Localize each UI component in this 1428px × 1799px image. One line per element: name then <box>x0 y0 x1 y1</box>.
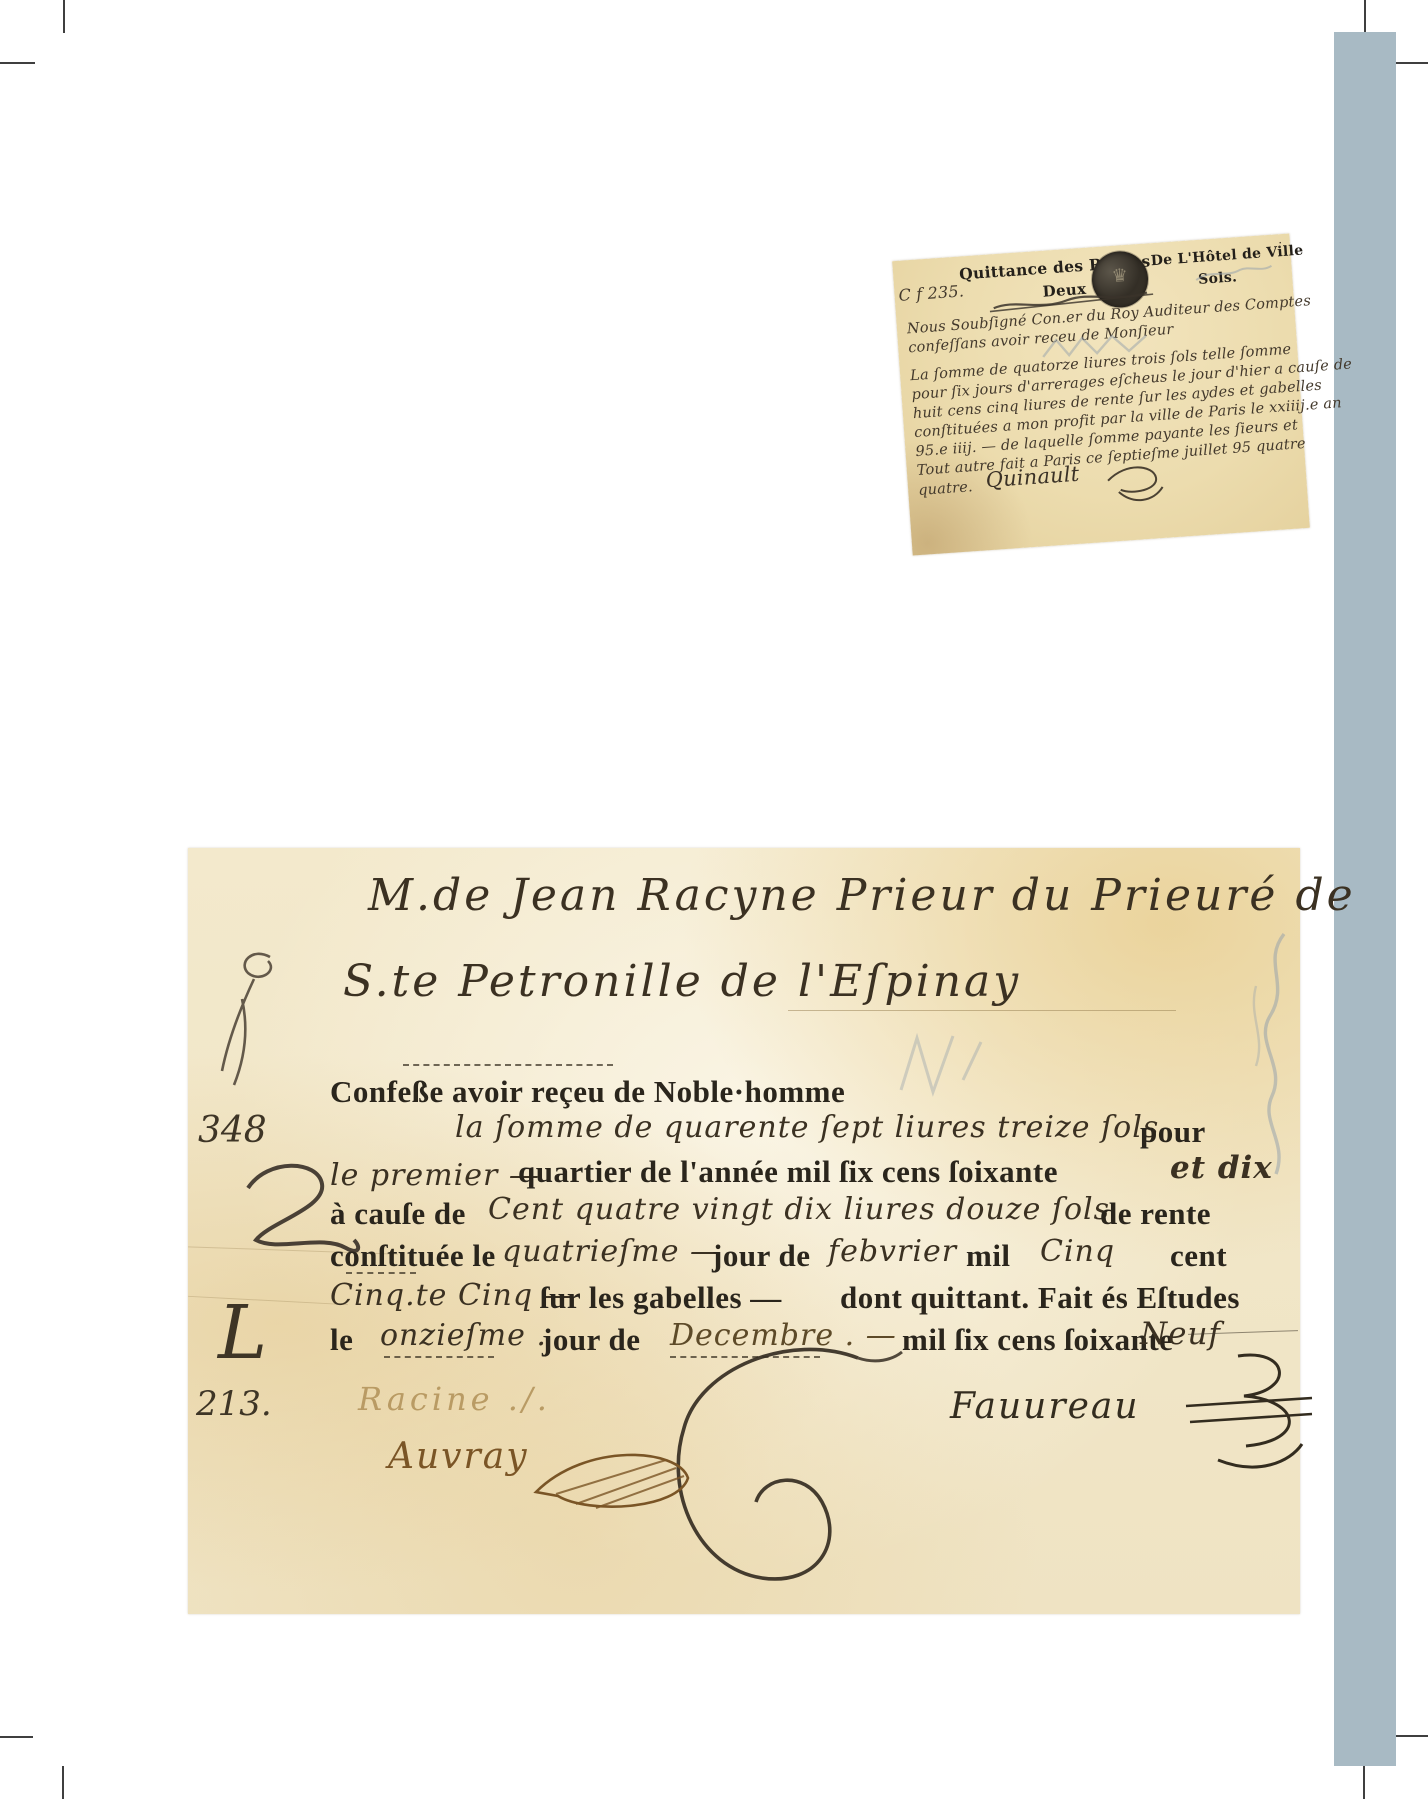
handwritten-day2: onzieſme . <box>380 1318 547 1353</box>
printed-form-text: jour de <box>712 1238 811 1274</box>
printed-form-text: ſur les gabelles — <box>540 1280 782 1316</box>
fauureau-signature: Fauureau <box>950 1386 1140 1427</box>
crown-glyph: ♛ <box>1091 263 1148 288</box>
ghost-show-through-center <box>893 1020 993 1120</box>
handwritten-quarter: le premier — <box>330 1158 540 1193</box>
printed-form-text: de rente <box>1100 1196 1211 1232</box>
printed-form-text: conſtituée le <box>330 1238 496 1274</box>
margin-letter-L: L <box>218 1290 267 1376</box>
handwritten-principal: Cent quatre vingt dix liures douze ſols <box>488 1192 1110 1227</box>
fauureau-paraph <box>1160 1344 1325 1484</box>
handwritten-month: febvrier <box>828 1234 957 1269</box>
auvray-paraph <box>526 1434 701 1519</box>
ink-dash-marks <box>346 1272 416 1274</box>
printed-form-text: dont quittant. Fait és Eſtudes <box>840 1280 1240 1316</box>
addressee-line: S.te Petronille de l'Eſpinay <box>343 956 1021 1007</box>
crop-mark-bottom-right-vertical <box>1363 1766 1365 1799</box>
printed-form-text: mil <box>966 1238 1011 1274</box>
crease-line <box>188 1296 348 1305</box>
quittance-quinault-document: C f 235. Quittance des Rentes Deux ♛ De … <box>892 233 1310 555</box>
addressee-line: M.de Jean Racyne Prieur du Prieuré de <box>368 870 1356 921</box>
ruled-line <box>788 1010 1176 1011</box>
margin-flourish-top <box>208 943 298 1088</box>
crop-mark-top-left-horizontal <box>0 62 35 64</box>
printed-form-text: le <box>330 1322 353 1358</box>
corner-mark: : <box>1277 234 1282 252</box>
handwritten-amount: la ſomme de quarente ſept liures treize … <box>455 1110 1159 1145</box>
printed-form-text: Confeße avoir reçeu de Noble·homme <box>330 1074 845 1110</box>
quittance-racine-document: M.de Jean Racyne Prieur du Prieuré de S.… <box>188 848 1300 1614</box>
handwritten-century: Cinq <box>1040 1234 1115 1269</box>
crop-mark-bottom-left-vertical <box>62 1766 64 1799</box>
auvray-signature: Auvray <box>388 1436 529 1477</box>
handwritten-year-suffix: et dix <box>1170 1150 1273 1186</box>
crop-mark-bottom-left-horizontal <box>0 1736 33 1738</box>
printed-form-text: à cauſe de <box>330 1196 466 1232</box>
printed-form-text: mil ſix cens ſoixante <box>902 1322 1173 1358</box>
book-page-scan: C f 235. Quittance des Rentes Deux ♛ De … <box>0 0 1428 1799</box>
ghost-pencil-note <box>1193 263 1274 285</box>
margin-number-213: 213. <box>196 1384 272 1424</box>
crop-mark-bottom-right-horizontal <box>1395 1735 1428 1737</box>
handwritten-day: quatrieſme — <box>502 1234 721 1269</box>
margin-number-348: 348 <box>198 1110 267 1151</box>
quinault-signature: Quinault <box>985 465 1080 489</box>
racine-signature: Racine ./. <box>358 1380 551 1418</box>
printed-form-text: cent <box>1170 1238 1227 1274</box>
crop-mark-top-right-vertical <box>1364 0 1366 32</box>
handwritten-year: Cinq.te Cinq — <box>330 1278 575 1313</box>
crop-mark-top-left-vertical <box>63 0 65 33</box>
crop-mark-top-right-horizontal <box>1395 62 1428 64</box>
printed-form-text: quartier de l'année mil ſix cens ſoixant… <box>518 1154 1058 1190</box>
quinault-paraph <box>1097 457 1170 512</box>
archive-shelf-mark: C f 235. <box>898 282 965 305</box>
ink-dash-marks <box>403 1064 613 1066</box>
printed-form-text: pour <box>1140 1114 1206 1150</box>
printed-form-text: jour de <box>542 1322 641 1358</box>
ink-dash-marks <box>384 1356 494 1358</box>
